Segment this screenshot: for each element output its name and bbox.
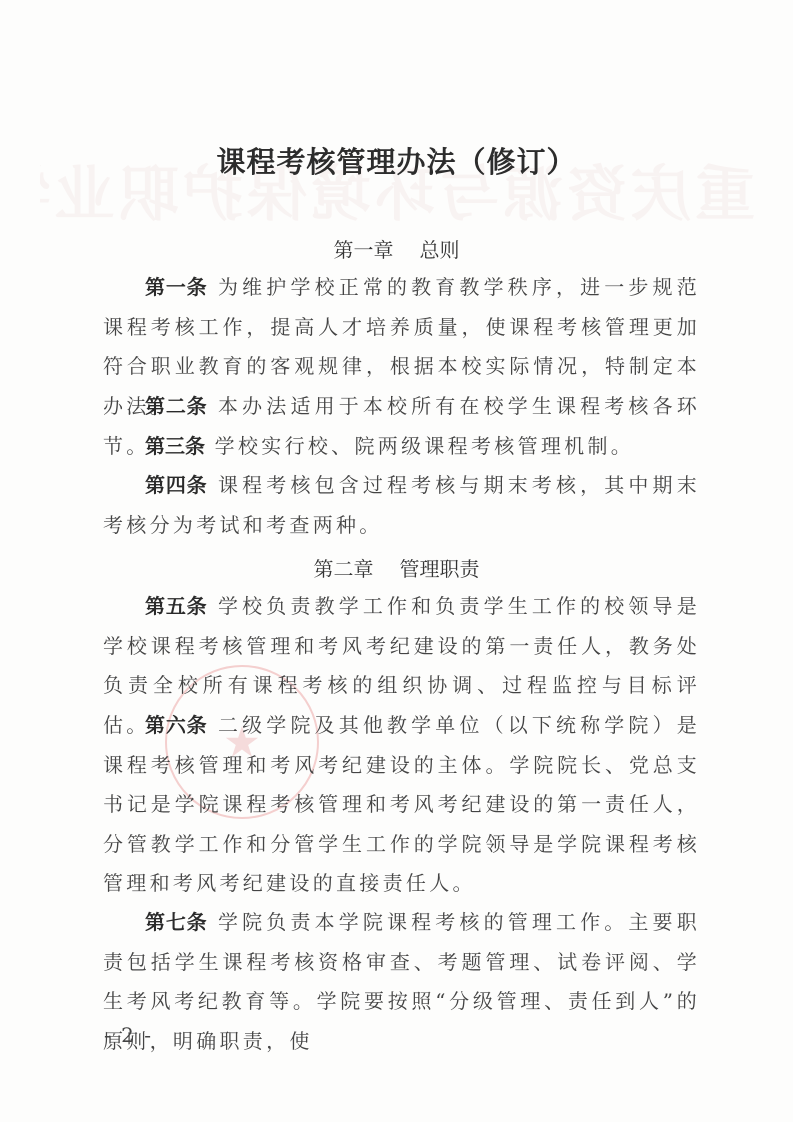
chapter-number: 第一章 <box>334 238 394 262</box>
article-4: 第四条 课程考核包含过程考核与期末考核，其中期末考核分为考试和考查两种。 <box>103 466 700 545</box>
article-label: 第一条 <box>145 275 208 299</box>
article-label: 第三条 <box>145 434 205 458</box>
article-text: 学校实行校、院两级课程考核管理机制。 <box>215 434 634 458</box>
article-3: 第三条 学校实行校、院两级课程考核管理机制。 <box>103 427 700 467</box>
page-number: - 2 - <box>104 1023 153 1047</box>
chapter-number: 第二章 <box>314 557 374 581</box>
article-label: 第二条 <box>145 394 208 418</box>
chapter-name: 管理职责 <box>400 557 480 581</box>
article-label: 第五条 <box>145 594 208 618</box>
article-7: 第七条 学院负责本学院课程考核的管理工作。主要职责包括学生课程考核资格审查、考题… <box>103 903 700 1061</box>
chapter-heading-2: 第二章管理职责 <box>0 553 793 582</box>
article-label: 第四条 <box>145 473 208 497</box>
article-label: 第七条 <box>145 910 208 934</box>
article-text: 二级学院及其他教学单位（以下统称学院）是课程考核管理和考风考纪建设的主体。学院院… <box>103 713 700 895</box>
chapter-heading-1: 第一章总则 <box>0 234 793 263</box>
document-title: 课程考核管理办法（修订） <box>0 140 793 181</box>
article-6: 第六条 二级学院及其他教学单位（以下统称学院）是课程考核管理和考风考纪建设的主体… <box>103 706 700 904</box>
chapter-name: 总则 <box>420 238 460 262</box>
article-label: 第六条 <box>145 713 208 737</box>
